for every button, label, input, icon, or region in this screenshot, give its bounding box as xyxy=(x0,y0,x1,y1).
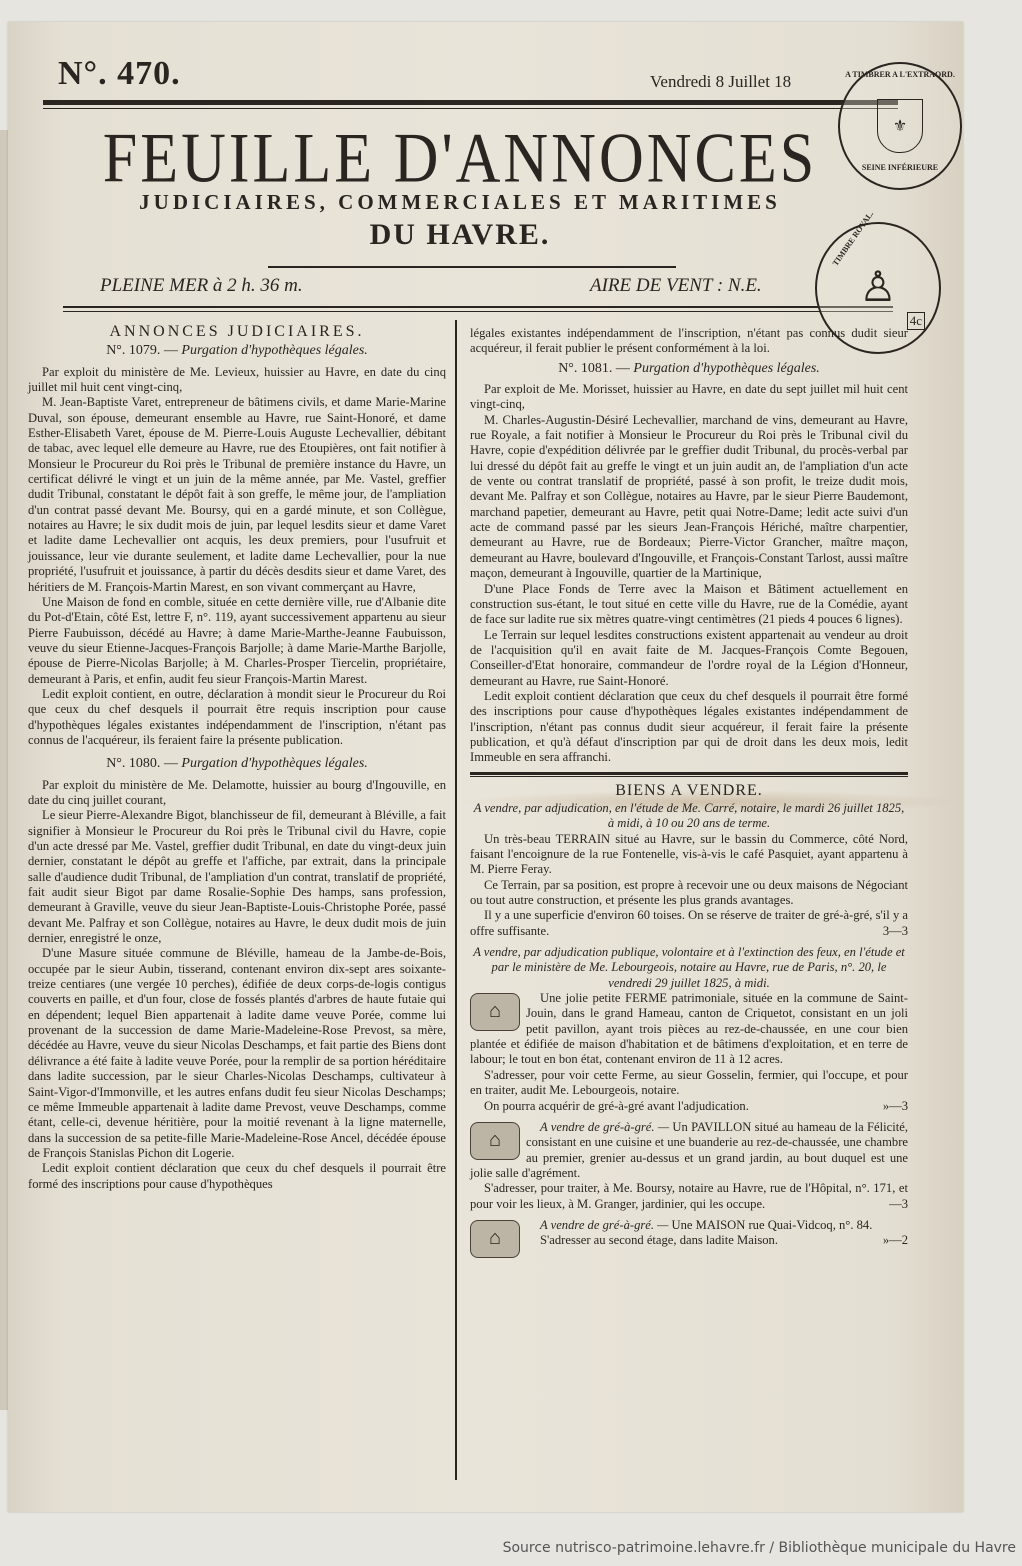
sale-lead: A vendre de gré-à-gré. — xyxy=(540,1218,668,1232)
notice-title: Purgation d'hypothèques légales. xyxy=(181,343,367,358)
standing-figure-icon: ♙ xyxy=(859,267,897,309)
notice-number: N°. 1079. — xyxy=(106,343,178,358)
notice-number: N°. 1081. — xyxy=(558,361,630,376)
column-divider xyxy=(455,320,457,1480)
sale-paragraph: Ce Terrain, par sa position, est propre … xyxy=(470,878,908,909)
sale-intro: A vendre, par adjudication publique, vol… xyxy=(470,945,908,991)
notice-paragraph: D'une Masure située commune de Bléville,… xyxy=(28,946,446,1161)
insertion-ref: —3 xyxy=(875,1197,908,1212)
issue-date: Vendredi 8 Juillet 18 xyxy=(650,72,791,92)
sale-text: Une MAISON rue Quai-Vidcoq, n°. 84. xyxy=(672,1218,873,1232)
section-rule xyxy=(470,772,908,775)
left-column: ANNONCES JUDICIAIRES. N°. 1079. — Purgat… xyxy=(28,320,446,1192)
issue-number: N°. 470. xyxy=(58,55,181,93)
sale-text: Un PAVILLON situé au hameau de la Félici… xyxy=(470,1120,908,1180)
newspaper-title: FEUILLE D'ANNONCES xyxy=(0,118,920,200)
section-rule-thin xyxy=(470,776,908,777)
sale-text: Il y a une superficie d'environ 60 toise… xyxy=(470,908,908,937)
notice-paragraph: Une Maison de fond en comble, située en … xyxy=(28,595,446,687)
title-rule xyxy=(268,266,676,268)
tax-stamp-extraordinaire: A TIMBRER A L'EXTRAORD. ⚜ SEINE INFÉRIEU… xyxy=(838,62,962,190)
notice-title: Purgation d'hypothèques légales. xyxy=(633,361,819,376)
notice-paragraph: Le sieur Pierre-Alexandre Bigot, blanchi… xyxy=(28,808,446,946)
sale-paragraph: Une jolie petite FERME patrimoniale, sit… xyxy=(470,991,908,1068)
sale-paragraph: S'adresser, pour traiter, à Me. Boursy, … xyxy=(470,1181,908,1212)
section-title-judicial: ANNONCES JUDICIAIRES. xyxy=(28,324,446,339)
notice-paragraph: Ledit exploit contient déclaration que c… xyxy=(470,689,908,766)
newspaper-subtitle-city: DU HAVRE. xyxy=(0,218,920,252)
masthead-rule-thin xyxy=(43,108,898,109)
stamp-bottom-text: SEINE INFÉRIEURE xyxy=(840,163,960,172)
header-bottom-rule xyxy=(63,306,893,308)
notice-heading-1081: N°. 1081. — Purgation d'hypothèques léga… xyxy=(470,361,908,376)
masthead-rule xyxy=(43,100,898,105)
notice-paragraph: Le Terrain sur lequel lesdites construct… xyxy=(470,628,908,689)
stamp-value: 4c xyxy=(907,312,925,330)
source-credit: Source nutrisco-patrimoine.lehavre.fr / … xyxy=(503,1540,1016,1556)
sale-lead: A vendre de gré-à-gré. — xyxy=(540,1120,669,1134)
sale-paragraph: S'adresser, pour voir cette Ferme, au si… xyxy=(470,1068,908,1099)
continued-paragraph: légales existantes indépendamment de l'i… xyxy=(470,326,908,357)
section-title-sales: BIENS A VENDRE. xyxy=(470,783,908,798)
sale-text: S'adresser au second étage, dans ladite … xyxy=(540,1233,778,1247)
notice-heading-1080: N°. 1080. — Purgation d'hypothèques léga… xyxy=(28,756,446,771)
notice-heading-1079: N°. 1079. — Purgation d'hypothèques léga… xyxy=(28,343,446,358)
notice-paragraph: M. Charles-Augustin-Désiré Lechevallier,… xyxy=(470,413,908,582)
notice-paragraph: M. Jean-Baptiste Varet, entrepreneur de … xyxy=(28,395,446,594)
sale-text: S'adresser, pour traiter, à Me. Boursy, … xyxy=(470,1181,908,1210)
notice-paragraph: Ledit exploit contient, en outre, déclar… xyxy=(28,687,446,748)
right-column: légales existantes indépendamment de l'i… xyxy=(470,326,908,1258)
sale-paragraph: S'adresser au second étage, dans ladite … xyxy=(470,1233,908,1248)
sale-paragraph: Il y a une superficie d'environ 60 toise… xyxy=(470,908,908,939)
notice-title: Purgation d'hypothèques légales. xyxy=(181,756,367,771)
house-vignette-icon: ⌂ xyxy=(470,1220,520,1258)
header-bottom-rule-thin xyxy=(63,311,893,312)
sale-text: On pourra acquérir de gré-à-gré avant l'… xyxy=(484,1099,749,1113)
sale-paragraph: On pourra acquérir de gré-à-gré avant l'… xyxy=(470,1099,908,1114)
sale-intro: A vendre, par adjudication, en l'étude d… xyxy=(470,801,908,832)
notice-paragraph: Ledit exploit contient déclaration que c… xyxy=(28,1161,446,1192)
tide-info: PLEINE MER à 2 h. 36 m. xyxy=(100,275,303,297)
sale-paragraph: A vendre de gré-à-gré. — Un PAVILLON sit… xyxy=(470,1120,908,1181)
pavilion-vignette-icon: ⌂ xyxy=(470,1122,520,1160)
notice-paragraph: Par exploit du ministère de Me. Levieux,… xyxy=(28,365,446,396)
notice-paragraph: Par exploit du ministère de Me. Delamott… xyxy=(28,778,446,809)
insertion-ref: »—2 xyxy=(869,1233,908,1248)
newspaper-subtitle: JUDICIAIRES, COMMERCIALES ET MARITIMES xyxy=(0,190,920,215)
notice-paragraph: D'une Place Fonds de Terre avec la Maiso… xyxy=(470,582,908,628)
insertion-ref: »—3 xyxy=(869,1099,908,1114)
fleur-de-lis-shield-icon: ⚜ xyxy=(877,99,923,153)
sale-paragraph: Un très-beau TERRAIN situé au Havre, sur… xyxy=(470,832,908,878)
farm-vignette-icon: ⌂ xyxy=(470,993,520,1031)
notice-paragraph: Par exploit de Me. Morisset, huissier au… xyxy=(470,382,908,413)
notice-number: N°. 1080. — xyxy=(106,756,178,771)
sale-paragraph: A vendre de gré-à-gré. — Une MAISON rue … xyxy=(470,1218,908,1233)
wind-info: AIRE DE VENT : N.E. xyxy=(590,275,762,297)
stamp-top-text: A TIMBRER A L'EXTRAORD. xyxy=(840,70,960,79)
insertion-ref: 3—3 xyxy=(869,924,908,939)
